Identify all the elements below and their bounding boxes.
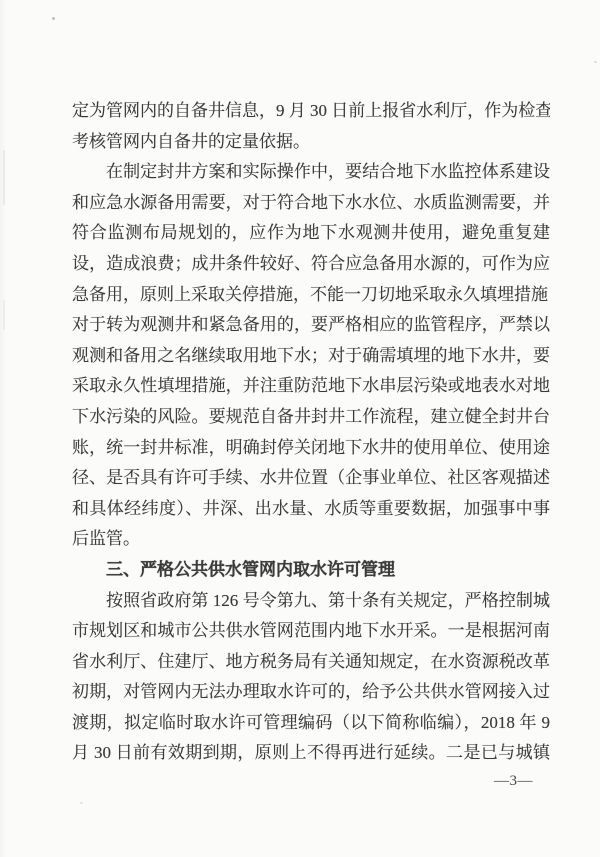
paragraph-line: 按照省政府第 126 号令第九、第十条有关规定，严格控制城 bbox=[72, 586, 550, 617]
paragraph-line: 对于转为观测井和紧急备用的，要严格相应的监管程序，严禁以 bbox=[72, 310, 550, 341]
scan-streak bbox=[3, 300, 5, 330]
scan-speck bbox=[52, 17, 55, 20]
scan-speck bbox=[594, 61, 597, 63]
paragraph-line: 和应急水源备用需要，对于符合地下水水位、水质监测需要，并 bbox=[72, 188, 550, 219]
scanned-document-page: 定为管网内的自备井信息，9 月 30 日前上报省水利厅，作为检查考核管网内自备井… bbox=[0, 0, 600, 857]
paragraph-line: 急备用，原则上采取关停措施，不能一刀切地采取永久填埋措施； bbox=[72, 280, 550, 311]
paragraph-line: 下水污染的风险。要规范自备井封井工作流程，建立健全封井台 bbox=[72, 402, 550, 433]
paragraph-line: 后监管。 bbox=[72, 524, 550, 555]
paragraph-line: 省水利厅、住建厅、地方税务局有关通知规定，在水资源税改革 bbox=[72, 647, 550, 678]
paragraph-line: 符合监测布局规划的，应作为地下水观测井使用，避免重复建 bbox=[72, 218, 550, 249]
scan-edge-shade bbox=[0, 0, 6, 857]
paragraph-line: 考核管网内自备井的定量依据。 bbox=[72, 127, 550, 158]
paragraph-line: 账，统一封井标准，明确封停关闭地下水井的使用单位、使用途 bbox=[72, 433, 550, 464]
page-number: —3— bbox=[494, 773, 550, 790]
paragraph-line: 和具体经纬度）、井深、出水量、水质等重要数据，加强事中事 bbox=[72, 494, 550, 525]
paragraph-line: 渡期，拟定临时取水许可管理编码（以下简称临编），2018 年 9 bbox=[72, 708, 550, 739]
paragraph-line: 设，造成浪费；成井条件较好、符合应急备用水源的，可作为应 bbox=[72, 249, 550, 280]
paragraph-line: 采取永久性填埋措施，并注重防范地下水串层污染或地表水对地 bbox=[72, 371, 550, 402]
paragraph-line: 月 30 日前有效期到期，原则上不得再进行延续。二是已与城镇 bbox=[72, 738, 550, 769]
paragraph-line: 初期，对管网内无法办理取水许可的，给予公共供水管网接入过 bbox=[72, 677, 550, 708]
scan-speck bbox=[80, 802, 83, 804]
paragraph-line: 市规划区和城市公共供水管网范围内地下水开采。一是根据河南 bbox=[72, 616, 550, 647]
text-block: 定为管网内的自备井信息，9 月 30 日前上报省水利厅，作为检查考核管网内自备井… bbox=[72, 96, 550, 769]
paragraph-line: 观测和备用之名继续取用地下水；对于确需填埋的地下水井，要 bbox=[72, 341, 550, 372]
section-heading: 三、严格公共供水管网内取水许可管理 bbox=[72, 555, 550, 586]
paragraph-line: 径、是否具有许可手续、水井位置（企事业单位、社区客观描述 bbox=[72, 463, 550, 494]
paragraph-line: 定为管网内的自备井信息，9 月 30 日前上报省水利厅，作为检查 bbox=[72, 96, 550, 127]
scan-streak bbox=[3, 150, 5, 205]
paragraph-line: 在制定封井方案和实际操作中，要结合地下水监控体系建设 bbox=[72, 157, 550, 188]
